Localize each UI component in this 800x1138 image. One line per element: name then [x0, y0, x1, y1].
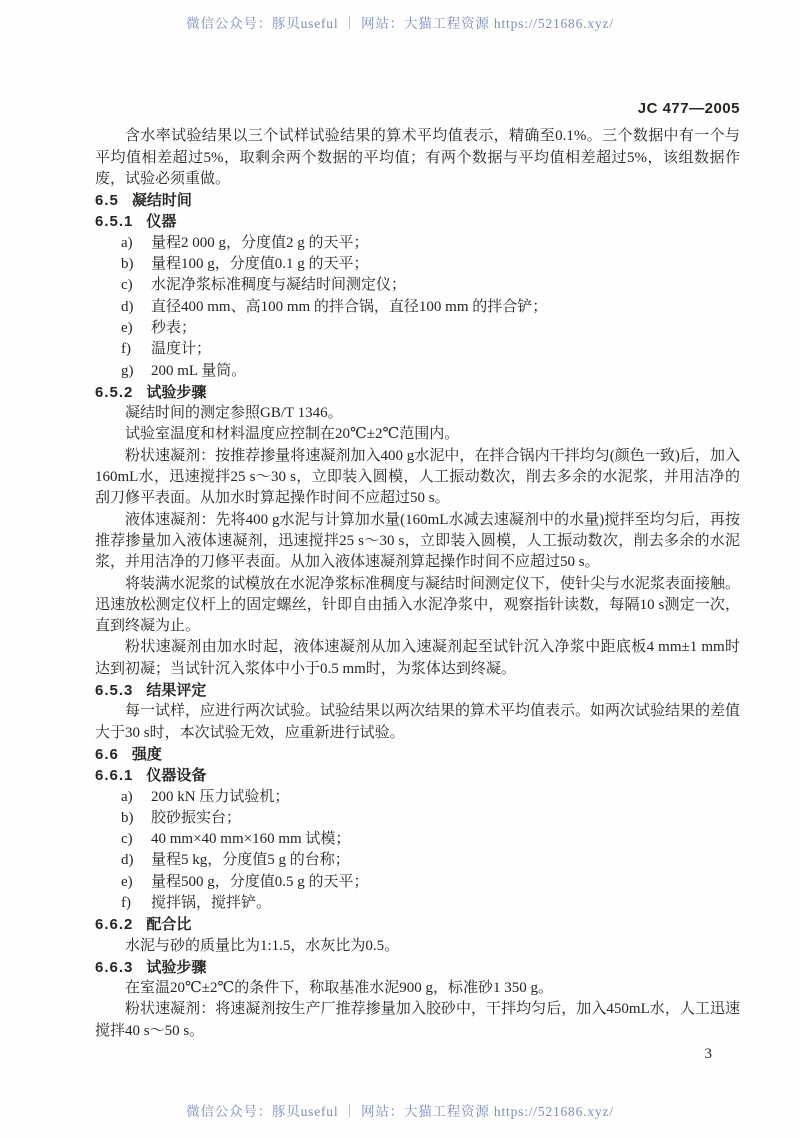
- list-item-c: c)水泥净浆标准稠度与凝结时间测定仪；: [95, 275, 740, 296]
- list-text: 量程5 kg，分度值5 g 的台称；: [151, 850, 740, 871]
- paragraph-weighing: 在室温20℃±2℃的条件下，称取基准水泥900 g，标准砂1 350 g。: [95, 978, 740, 999]
- list-item-d: d)量程5 kg，分度值5 g 的台称；: [95, 850, 740, 871]
- paragraph-moisture-result: 含水率试验结果以三个试样试验结果的算术平均值表示，精确至0.1%。三个数据中有一…: [95, 126, 740, 190]
- list-text: 秒表；: [151, 318, 740, 339]
- list-text: 水泥净浆标准稠度与凝结时间测定仪；: [151, 275, 740, 296]
- list-label: g): [121, 361, 151, 382]
- list-item-b: b)量程100 g，分度值0.1 g 的天平；: [95, 254, 740, 275]
- list-label: c): [121, 829, 151, 850]
- heading-title: 配合比: [146, 916, 191, 933]
- heading-number: 6.6.2: [95, 916, 133, 933]
- paragraph-setting-criteria: 粉状速凝剂由加水时起，液体速凝剂从加入速凝剂起至试针沉入净浆中距底板4 mm±1…: [95, 637, 740, 680]
- list-text: 40 mm×40 mm×160 mm 试模；: [151, 829, 740, 850]
- watermark-bottom: 微信公众号：豚贝useful ｜ 网站：大猫工程资源 https://52168…: [0, 1100, 800, 1120]
- list-text: 直径400 mm、高100 mm 的拌合锅，直径100 mm 的拌合铲；: [151, 297, 740, 318]
- standard-number: JC 477—2005: [95, 98, 740, 119]
- list-label: a): [121, 787, 151, 808]
- list-label: e): [121, 318, 151, 339]
- list-item-a: a)量程2 000 g，分度值2 g 的天平；: [95, 233, 740, 254]
- section-heading-6-6-3: 6.6.3试验步骤: [95, 957, 740, 978]
- paragraph-ref-gbt1346: 凝结时间的测定参照GB/T 1346。: [95, 403, 740, 424]
- heading-number: 6.5.3: [95, 682, 133, 699]
- list-item-a: a)200 kN 压力试验机；: [95, 787, 740, 808]
- paragraph-liquid-accelerator: 液体速凝剂：先将400 g水泥与计算加水量(160mL水减去速凝剂中的水量)搅拌…: [95, 510, 740, 574]
- list-label: b): [121, 254, 151, 275]
- list-label: b): [121, 808, 151, 829]
- list-text: 量程100 g，分度值0.1 g 的天平；: [151, 254, 740, 275]
- list-text: 200 kN 压力试验机；: [151, 787, 740, 808]
- list-label: f): [121, 893, 151, 914]
- list-label: d): [121, 850, 151, 871]
- paragraph-result-evaluation: 每一试样，应进行两次试验。试验结果以两次结果的算术平均值表示。如两次试验结果的差…: [95, 701, 740, 744]
- heading-title: 仪器: [146, 213, 176, 230]
- heading-title: 仪器设备: [146, 767, 206, 784]
- section-heading-6-5: 6.5凝结时间: [95, 190, 740, 211]
- page-number: 3: [95, 1046, 740, 1063]
- list-label: e): [121, 872, 151, 893]
- paragraph-temperature-range: 试验室温度和材料温度应控制在20℃±2℃范围内。: [95, 424, 740, 445]
- section-heading-6-6-1: 6.6.1仪器设备: [95, 765, 740, 786]
- list-label: a): [121, 233, 151, 254]
- heading-title: 试验步骤: [146, 959, 206, 976]
- document-page: JC 477—2005 含水率试验结果以三个试样试验结果的算术平均值表示，精确至…: [95, 98, 740, 1042]
- list-text: 搅拌锅，搅拌铲。: [151, 893, 740, 914]
- watermark-top: 微信公众号：豚贝useful ｜ 网站：大猫工程资源 https://52168…: [0, 12, 800, 32]
- heading-title: 试验步骤: [146, 384, 206, 401]
- heading-title: 强度: [132, 746, 162, 763]
- list-text: 量程2 000 g，分度值2 g 的天平；: [151, 233, 740, 254]
- list-item-f: f)温度计；: [95, 339, 740, 360]
- section-heading-6-6: 6.6强度: [95, 744, 740, 765]
- paragraph-powder-mortar: 粉状速凝剂：将速凝剂按生产厂推荐掺量加入胶砂中，干拌均匀后，加入450mL水，人…: [95, 999, 740, 1042]
- heading-number: 6.6.1: [95, 767, 133, 784]
- list-item-e: e)量程500 g，分度值0.5 g 的天平；: [95, 872, 740, 893]
- section-heading-6-5-3: 6.5.3结果评定: [95, 680, 740, 701]
- list-text: 200 mL 量筒。: [151, 361, 740, 382]
- section-heading-6-6-2: 6.6.2配合比: [95, 914, 740, 935]
- paragraph-mix-ratio: 水泥与砂的质量比为1:1.5，水灰比为0.5。: [95, 936, 740, 957]
- heading-number: 6.6.3: [95, 959, 133, 976]
- list-item-e: e)秒表；: [95, 318, 740, 339]
- heading-number: 6.5.2: [95, 384, 133, 401]
- heading-title: 凝结时间: [132, 192, 192, 209]
- section-heading-6-5-2: 6.5.2试验步骤: [95, 382, 740, 403]
- section-heading-6-5-1: 6.5.1仪器: [95, 211, 740, 232]
- list-text: 胶砂振实台；: [151, 808, 740, 829]
- list-label: f): [121, 339, 151, 360]
- list-item-c: c)40 mm×40 mm×160 mm 试模；: [95, 829, 740, 850]
- paragraph-mold-placement: 将装满水泥浆的试模放在水泥净浆标准稠度与凝结时间测定仪下，使针尖与水泥浆表面接触…: [95, 574, 740, 638]
- list-item-b: b)胶砂振实台；: [95, 808, 740, 829]
- paragraph-powder-accelerator: 粉状速凝剂：按推荐掺量将速凝剂加入400 g水泥中，在拌合锅内干拌均匀(颜色一致…: [95, 446, 740, 510]
- list-label: c): [121, 275, 151, 296]
- heading-number: 6.5.1: [95, 213, 133, 230]
- list-item-f: f)搅拌锅，搅拌铲。: [95, 893, 740, 914]
- heading-number: 6.5: [95, 192, 119, 209]
- list-text: 量程500 g，分度值0.5 g 的天平；: [151, 872, 740, 893]
- list-label: d): [121, 297, 151, 318]
- heading-title: 结果评定: [146, 682, 206, 699]
- list-text: 温度计；: [151, 339, 740, 360]
- heading-number: 6.6: [95, 746, 119, 763]
- list-item-d: d)直径400 mm、高100 mm 的拌合锅，直径100 mm 的拌合铲；: [95, 297, 740, 318]
- list-item-g: g)200 mL 量筒。: [95, 361, 740, 382]
